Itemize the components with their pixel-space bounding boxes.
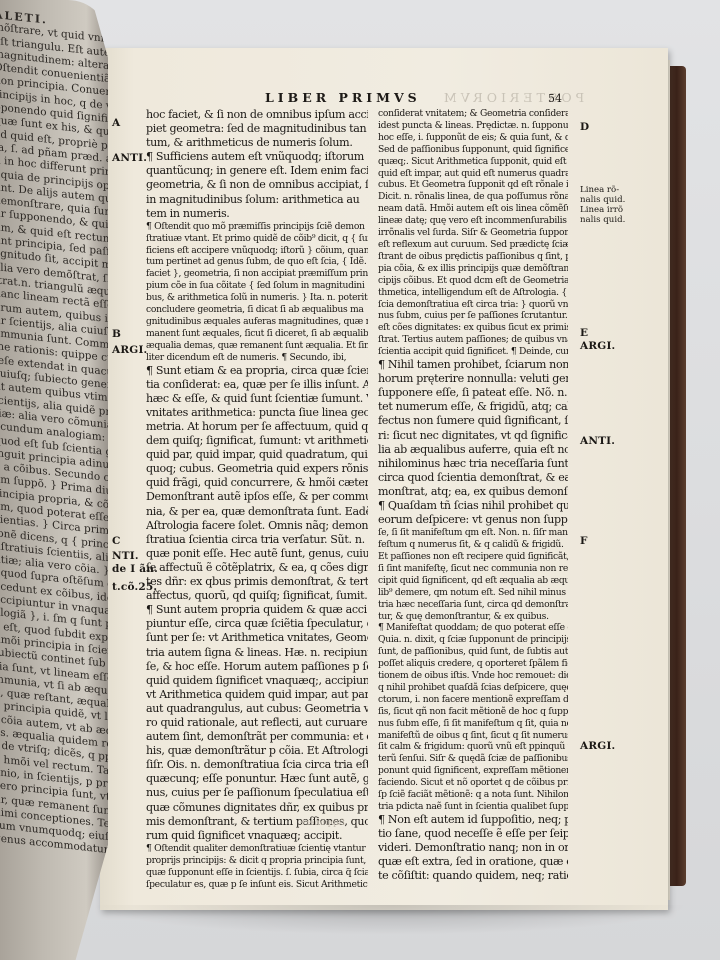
commentary-line: lib⁹ demere, qm notum eſt. Sed nihil min… bbox=[378, 587, 568, 599]
text-line: geometria, & ſi non de omnibus accipiat,… bbox=[146, 178, 368, 192]
commentary-line: bus, & arithmetica ſolũ in numeris. } It… bbox=[146, 292, 368, 304]
commentary-line: ſtratiuæ vtant. Et primo quidẽ de cõib⁹ … bbox=[146, 233, 368, 245]
commentary-line: ſit calm & frigidum: quorũ vnũ eſt ppinq… bbox=[378, 741, 568, 753]
text-column-left: hoc faciet, & ſi non de omnibus ipſum ac… bbox=[146, 108, 368, 890]
text-line: tem in numeris. bbox=[146, 207, 368, 221]
text-line: quæ cõmunes dignitates dñr, ex quibus pr… bbox=[146, 801, 368, 815]
commentary-line: ſunt, de paſſionibus, quid ſunt, de ſubt… bbox=[378, 646, 568, 658]
text-line: ¶ Nihil tamen prohibet, ſciarum nonnulla… bbox=[378, 358, 568, 372]
text-line: metria. At horum per ſe affectuum, quid … bbox=[146, 420, 368, 434]
running-head: LIBER PRIMVS bbox=[265, 90, 421, 105]
margin-note: nalis quid. bbox=[580, 195, 625, 205]
bottom-catchword-showthrough: ſupponere bbox=[300, 818, 345, 828]
left-page: ALETI. mõſtrare, vt quid vnitas, & quid … bbox=[0, 0, 108, 960]
margin-note: ANTI. bbox=[580, 435, 615, 447]
commentary-line: cipijs cõibus. Et quod dcm eſt de Geomet… bbox=[378, 275, 568, 287]
margin-note: Linea irrõ bbox=[580, 205, 623, 215]
text-line: nia, & per ea, quæ demonſtrata ſunt. Ead… bbox=[146, 505, 368, 519]
margin-note: F bbox=[580, 535, 588, 547]
text-line: quoq; cubus. Geometria quid expers rõnis… bbox=[146, 462, 368, 476]
book-cover-edge bbox=[668, 66, 686, 886]
commentary-line: ſpeculatur es, quæ p ſe inſunt eis. Sicu… bbox=[146, 879, 368, 891]
commentary-line: hoc eſſe, i. ſupponũt de eis; & quia ſun… bbox=[378, 132, 568, 144]
text-line: Demonſtrant autẽ ipſos eſſe, & per commu bbox=[146, 490, 368, 504]
commentary-line: nus ſubm eſſe, ſi ſit manifeſtum q ſit, … bbox=[378, 718, 568, 730]
commentary-line: tria pdicta naẽ ſunt in ſcientia qualibe… bbox=[378, 801, 568, 813]
text-line: autem ſint, demonſtrãt per communia: et … bbox=[146, 730, 368, 744]
text-line: piuntur eſſe, circa quæ ſciẽtia ſpeculat… bbox=[146, 617, 368, 631]
text-line: hæc & eſſe, & quid ſunt ſcientiæ ſumunt.… bbox=[146, 392, 368, 406]
text-line: quæ eſt extra, ſed in oratione, quæ eſt … bbox=[378, 855, 568, 869]
commentary-line: eſt reflexum aut curuum. Sed prædictę ſc… bbox=[378, 239, 568, 251]
text-line: vnitates arithmetica: puncta ſiue linea … bbox=[146, 406, 368, 420]
text-line: quæ ponit eſſe. Hec autẽ ſunt, genus, cu… bbox=[146, 547, 368, 561]
margin-note: C bbox=[112, 535, 121, 547]
text-line: Aſtrologia facere ſolet. Omnis nãq; demo… bbox=[146, 519, 368, 533]
commentary-line: ſcientia accipit quid ſignificet. ¶ Dein… bbox=[378, 346, 568, 358]
text-line: tum, & arithmeticus de numeris ſolum. bbox=[146, 136, 368, 150]
text-line: ſunt per ſe: vt Arithmetica vnitates, Ge… bbox=[146, 631, 368, 645]
text-line: tria autem ſigna & lineas. Hæ. n. recipi… bbox=[146, 646, 368, 660]
text-line: hoc faciet, & ſi non de omnibus ipſum ac… bbox=[146, 108, 368, 122]
margin-note: ARGI. bbox=[580, 740, 615, 752]
text-line: dem quiſq; ſignificat, ſumunt: vt arithm… bbox=[146, 434, 368, 448]
commentary-line: irrõnalis vel ſurda. Siſr & Geometria ſu… bbox=[378, 227, 568, 239]
margin-note: Linea rõ- bbox=[580, 185, 619, 195]
commentary-line: conſiderat vnitatem; & Geometria conſide… bbox=[378, 108, 568, 120]
text-line: tet numerum eſſe, & frigidũ, atq; calm. … bbox=[378, 400, 568, 414]
text-line: ſiſr. Ois. n. demonſtratiua ſcia circa t… bbox=[146, 758, 368, 772]
commentary-line: pium cõe in ſua cõitate { ſed ſolum in m… bbox=[146, 280, 368, 292]
commentary-line: thmetica, intelligendum eſt de Aſtrologi… bbox=[378, 287, 568, 299]
commentary-line: feſtum q numerus ſit, & q calidũ & frigi… bbox=[378, 539, 568, 551]
commentary-line: cubus. Et Geometra ſupponit qd eſt rõnal… bbox=[378, 179, 568, 191]
commentary-line: ſi ſint manifeſtę, ſicut nec communia no… bbox=[378, 563, 568, 575]
margin-note: ANTI. bbox=[112, 152, 147, 164]
commentary-line: idest puncta & lineas. Prędictæ. n. ſupp… bbox=[378, 120, 568, 132]
left-page-text: ALETI. mõſtrare, vt quid vnitas, & quid … bbox=[0, 8, 108, 859]
margin-note: A bbox=[112, 117, 120, 129]
text-line: ſtratiua ſcientia circa tria verſatur. S… bbox=[146, 533, 368, 547]
text-line: aut quadrangulus, aut cubus: Geometria v… bbox=[146, 702, 368, 716]
text-line: nihilominus hæc tria neceſſaria ſunt: id… bbox=[378, 457, 568, 471]
commentary-line: faciendo. Sicut et nõ oportet q de cõibu… bbox=[378, 777, 568, 789]
text-line: quid quidem ſignificet vnaquæq;, accipiu… bbox=[146, 674, 368, 688]
text-line: tia conſiderat: ea, quæ per ſe illis inſ… bbox=[146, 378, 368, 392]
text-line: ¶ Non eſt autem id ſuppoſitio, neq; poſt… bbox=[378, 813, 568, 827]
commentary-line: manifeſtũ de oibus q ſint, ſicut q ſit n… bbox=[378, 730, 568, 742]
commentary-line: æqualia demas, quæ remanent ſunt æqualia… bbox=[146, 340, 368, 352]
text-line: tes dñr: ex qbus primis demonſtrat, & te… bbox=[146, 575, 368, 589]
text-line: ſupponere eſſe, ſi pateat eſſe. Nõ. n. æ… bbox=[378, 386, 568, 400]
margin-note: B bbox=[112, 328, 121, 340]
commentary-line: ponunt quid ſignificent, expreſſam mẽtio… bbox=[378, 765, 568, 777]
page-shadow bbox=[90, 905, 690, 935]
text-line: piet geometra: ſed de magnitudinibus tan bbox=[146, 122, 368, 136]
commentary-line: ctorum, i. non facere mentionẽ expreſſam… bbox=[378, 694, 568, 706]
commentary-line: nus ſubm, cuius per ſe paſſiones ſcrutan… bbox=[378, 310, 568, 322]
text-line: ¶ Sunt etiam & ea propria, circa quæ ſci… bbox=[146, 364, 368, 378]
commentary-line: quid eſt impar, aut quid eſt numerus qua… bbox=[378, 168, 568, 180]
text-line: lia ab æqualibus auferre, quia eſt notum… bbox=[378, 443, 568, 457]
commentary-line: ſe, ſi ſit manifeſtum qm eſt. Non. n. ſi… bbox=[378, 527, 568, 539]
commentary-line: tionem de oibus iſtis. Vnde hoc remouet:… bbox=[378, 670, 568, 682]
text-line: quantũcunq; in genere eſt. Idem enim fac… bbox=[146, 164, 368, 178]
text-line: ¶ Quaſdam tñ ſcias nihil prohibet quædam bbox=[378, 499, 568, 513]
commentary-line: ſis, ſicut qñ non facit mẽtionẽ de hoc q… bbox=[378, 706, 568, 718]
commentary-line: Sed de paſſionibus ſupponunt, quid ſigni… bbox=[378, 144, 568, 156]
text-line: quid frãgi, quid concurrere, & hmõi cæte… bbox=[146, 476, 368, 490]
text-line: rum quid ſignificet vnaquæq; accipit. bbox=[146, 829, 368, 843]
text-line: affectus, quorũ, qd quiſq; ſignificat, ſ… bbox=[146, 589, 368, 603]
commentary-line: quæ ſupponunt eſſe in ſcientijs. ſ. ſubi… bbox=[146, 867, 368, 879]
text-line: nus, cuius per ſe paſſionum ſpeculatiua … bbox=[146, 786, 368, 800]
commentary-line: ¶ Manifeſtat quoddam; de quo poterat eſſ… bbox=[378, 622, 568, 634]
margin-note: NTI. bbox=[112, 550, 139, 562]
show-through-running-head: POSTERIORVM bbox=[440, 90, 584, 105]
commentary-line: proprijs principijs: & dicit q propria p… bbox=[146, 855, 368, 867]
text-line: ſe affectuũ ẽ cõtẽplatrix, & ea, q cões … bbox=[146, 561, 368, 575]
text-line: te cõſiſtit: quando quidem, neq; ratioci… bbox=[378, 869, 568, 883]
commentary-line: tur, & quę demonſtrantur, & ex quibus. bbox=[378, 611, 568, 623]
commentary-line: Quia. n. dixit, q ſciæ ſupponunt de prin… bbox=[378, 634, 568, 646]
margin-note: ARGI. bbox=[580, 340, 615, 352]
commentary-line: Dicit. n. rõnalis linea, de qua poſſumus… bbox=[378, 191, 568, 203]
commentary-line: lineæ datę; quę vero eſt incommenſurabil… bbox=[378, 215, 568, 227]
commentary-line: ſcia demonſtratiua eſt circa tria: } quo… bbox=[378, 299, 568, 311]
commentary-line: gnitudinibus æquales auferas magnitudine… bbox=[146, 316, 368, 328]
text-line: fectus non ſumere quid ſignificant, ſi ſ… bbox=[378, 414, 568, 428]
commentary-line: quæq;. Sicut Arithmetica ſupponit, quid … bbox=[378, 156, 568, 168]
text-line: in magnitudinibus ſolum: arithmetica au bbox=[146, 193, 368, 207]
text-column-right: conſiderat vnitatem; & Geometria conſide… bbox=[378, 108, 568, 883]
commentary-line: liter dicendum eſt de numeris. ¶ Secundo… bbox=[146, 352, 368, 364]
text-line: tio ſane, quod neceſſe ẽ eſſe per ſeipſu… bbox=[378, 827, 568, 841]
commentary-line: terũ ſenſui. Siſr & quędã ſciæ de paſſio… bbox=[378, 753, 568, 765]
text-line: vt Arithmetica quidem quid impar, aut pa… bbox=[146, 688, 368, 702]
commentary-line: pia cõia, & ex illis principijs quæ demõ… bbox=[378, 263, 568, 275]
commentary-line: manent ſunt æquales, ſicut ſi diceret, ſ… bbox=[146, 328, 368, 340]
commentary-line: Et paſſiones non eſt recipere quid ſigni… bbox=[378, 551, 568, 563]
commentary-line: ſtrat. Tertius autem paſſiones; de quibu… bbox=[378, 334, 568, 346]
margin-note: D bbox=[580, 121, 589, 133]
commentary-line: ¶ Oſtendit qualiter demonſtratiuæ ſcient… bbox=[146, 843, 368, 855]
commentary-line: ſtrant de oibus prędictis paſſionibus q … bbox=[378, 251, 568, 263]
margin-note: nalis quid. bbox=[580, 215, 625, 225]
text-line: ¶ Sunt autem propria quidem & quæ acci bbox=[146, 603, 368, 617]
text-line: quæcunq; eſſe ponuntur. Hæc ſunt autẽ, g… bbox=[146, 772, 368, 786]
margin-note: E bbox=[580, 327, 588, 339]
text-line: his, quæ demonſtrãtur p cõia. Et Aſtrolo… bbox=[146, 744, 368, 758]
commentary-line: faciet }, geometria, ſi non accipiat præ… bbox=[146, 268, 368, 280]
text-line: quid par, quid impar, quid quadratum, qu… bbox=[146, 448, 368, 462]
commentary-line: concludere geometria, ſi dicat ſi ab æqu… bbox=[146, 304, 368, 316]
commentary-line: ¶ Oſtendit quo mõ præmiſſis principijs ſ… bbox=[146, 221, 368, 233]
text-line: circa quod ſcientia demonſtrat, & ea, qu… bbox=[378, 471, 568, 485]
commentary-line: q nihil prohibet quaſdã ſcias deſpicere,… bbox=[378, 682, 568, 694]
commentary-line: tria hæc neceſſaria ſunt, circa qd demon… bbox=[378, 599, 568, 611]
commentary-line: cipit quid ſignificent, qd eſt æqualia a… bbox=[378, 575, 568, 587]
margin-note: de I ãn. bbox=[112, 563, 158, 575]
commentary-line: poſſet aliquis credere, q oporteret ſpãl… bbox=[378, 658, 568, 670]
margin-note: t.cõ.25. bbox=[112, 581, 157, 593]
text-line: ſe, & hoc eſſe. Horum autem paſſiones p … bbox=[146, 660, 368, 674]
commentary-line: ficiens eſt accipere vnũquodq; iſtorũ } … bbox=[146, 245, 368, 257]
text-line: ri: ſicut nec dignitates, vt qd ſignific… bbox=[378, 429, 568, 443]
commentary-line: neam datã. Hmõi autem eſt ois linea cõmẽ… bbox=[378, 203, 568, 215]
commentary-line: eſt cões dignitates: ex quibus ſicut ex … bbox=[378, 322, 568, 334]
folio-number: 54 bbox=[548, 92, 562, 105]
text-line: ro quid rationale, aut reflecti, aut cur… bbox=[146, 716, 368, 730]
text-line: monſtrat, atq; ea, ex quibus demonſtrat. bbox=[378, 485, 568, 499]
text-line: eorum deſpicere: vt genus non ſupponere … bbox=[378, 513, 568, 527]
margin-note: ARGI. bbox=[112, 344, 147, 356]
commentary-line: ſp ſciẽ faciãt mẽtionẽ: q a nota ſunt. N… bbox=[378, 789, 568, 801]
text-line: horum pręterire nonnulla: veluti genus n… bbox=[378, 372, 568, 386]
commentary-line: tum pertinet ad genus ſubm, de quo eſt ſ… bbox=[146, 256, 368, 268]
text-line: videri. Demonſtratio nanq; non in oratio… bbox=[378, 841, 568, 855]
text-line: ¶ Sufficiens autem eſt vnũquodq; iſtorum bbox=[146, 150, 368, 164]
